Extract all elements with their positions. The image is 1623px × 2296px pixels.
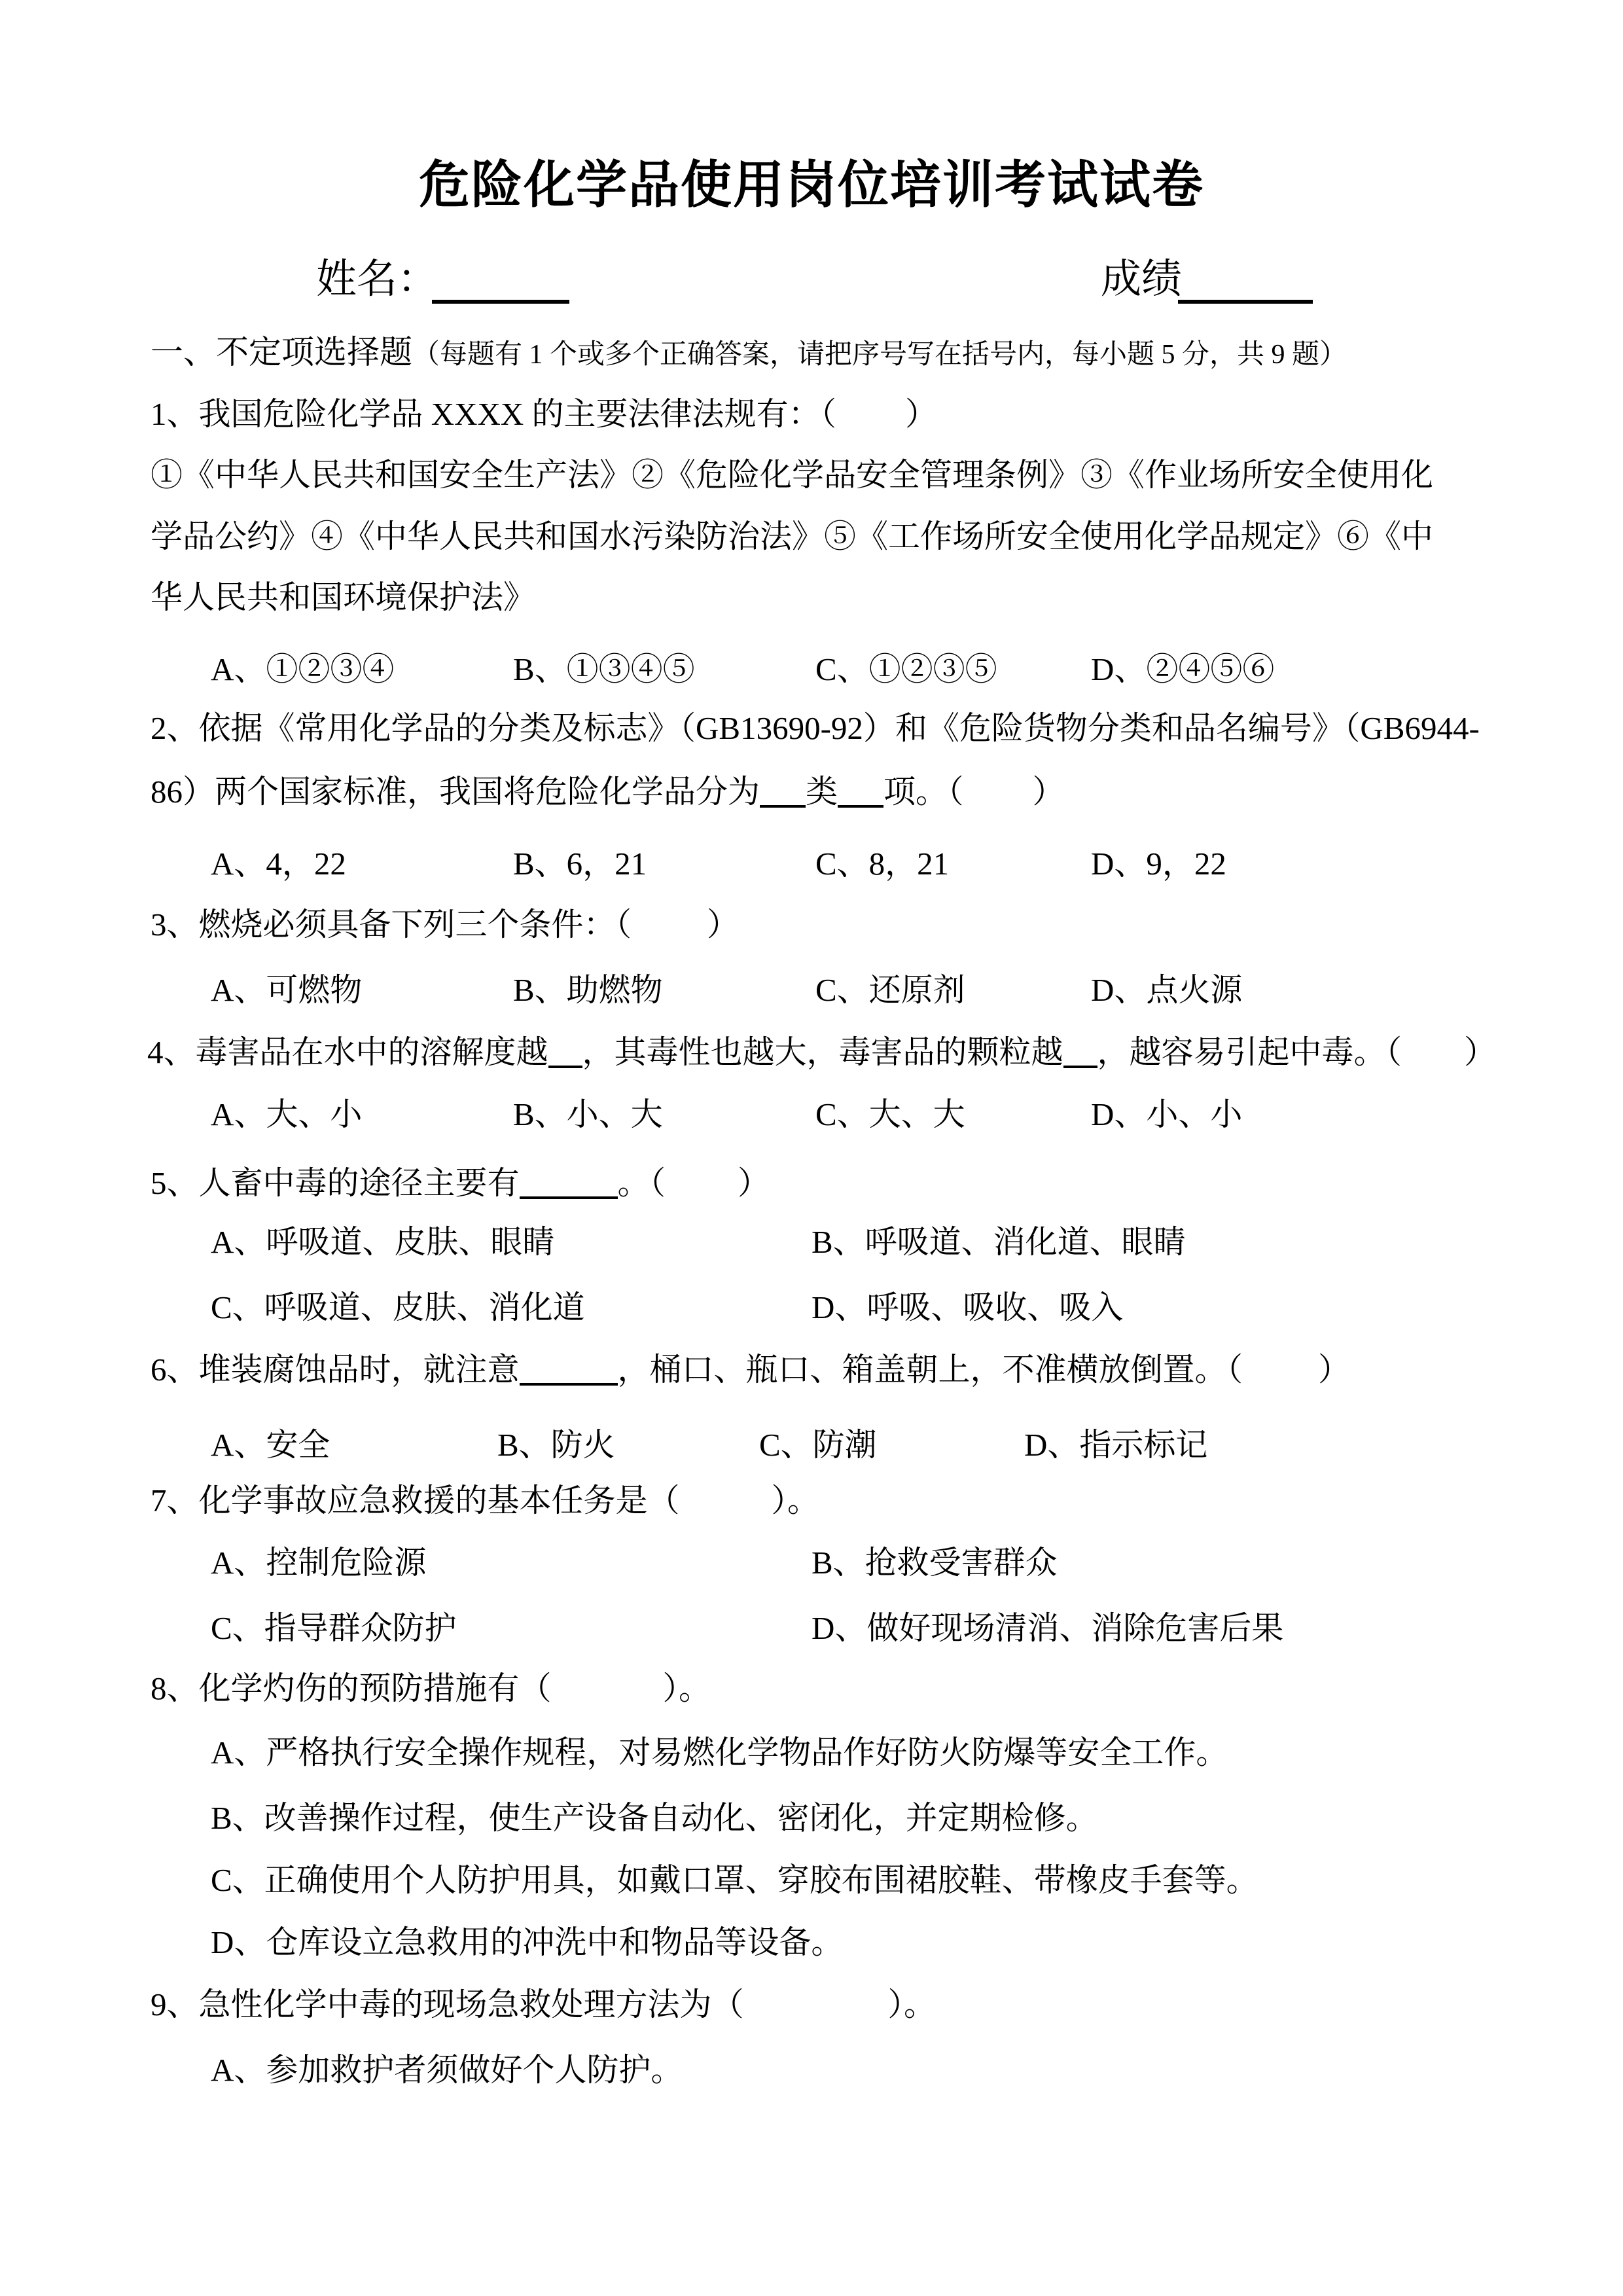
- q5-option-c: C、呼吸道、皮肤、消化道: [211, 1289, 585, 1326]
- name-label: 姓名：: [316, 257, 438, 303]
- answer-space: [1243, 1379, 1318, 1380]
- name-fill-line[interactable]: [432, 300, 569, 304]
- q2-option-d: D、9，22: [1091, 846, 1226, 882]
- question-6-stem: 6、堆装腐蚀品时，就注意，桶口、瓶口、箱盖朝上，不准横放倒置。（）: [151, 1352, 1350, 1388]
- answer-space: [744, 2014, 888, 2015]
- answer-space: [552, 1698, 663, 1699]
- fill-blank[interactable]: [520, 1170, 618, 1199]
- question-4-stem: 4、毒害品在水中的溶解度越，其毒性也越大，毒害品的颗粒越，越容易引起中毒。（）: [147, 1034, 1496, 1071]
- question-3-stem: 3、燃烧必须具备下列三个条件：（）: [151, 906, 739, 943]
- q3-option-a: A、可燃物: [211, 972, 362, 1009]
- fill-blank[interactable]: [1063, 1039, 1097, 1068]
- question-8-stem: 8、化学灼伤的预防措施有（）。: [151, 1670, 711, 1707]
- answer-space: [680, 1510, 772, 1511]
- answer-space: [632, 934, 707, 935]
- q8-option-b: B、改善操作过程，使生产设备自动化、密闭化，并定期检修。: [211, 1800, 1098, 1837]
- question-5-stem: 5、人畜中毒的途径主要有。（）: [151, 1165, 770, 1202]
- exam-title: 危险化学品使用岗位培训考试试卷: [0, 159, 1623, 210]
- answer-space: [964, 801, 1033, 802]
- question-1-body-line-2: ①《中华人民共和国安全生产法》②《危险化学品安全管理条例》③《作业场所安全使用化: [151, 457, 1433, 493]
- q2-option-b: B、6，21: [513, 846, 647, 882]
- q1-option-a: A、①②③④: [211, 651, 394, 688]
- score-label: 成绩: [1101, 257, 1182, 303]
- q6-option-d: D、指示标记: [1024, 1427, 1207, 1463]
- q2-option-c: C、8，21: [815, 846, 949, 882]
- score-fill-line[interactable]: [1178, 300, 1313, 304]
- q3-option-b: B、助燃物: [513, 972, 663, 1009]
- section-note: （每题有 1 个或多个正确答案，请把序号写在括号内，每小题 5 分，共 9 题）: [412, 340, 1347, 370]
- answer-space: [836, 423, 905, 425]
- fill-blank[interactable]: [520, 1357, 618, 1386]
- q3-option-d: D、点火源: [1091, 972, 1242, 1009]
- q5-option-a: A、呼吸道、皮肤、眼睛: [211, 1224, 554, 1261]
- q1-option-d: D、②④⑤⑥: [1091, 651, 1274, 688]
- q9-option-a: A、参加救护者须做好个人防护。: [211, 2052, 683, 2089]
- q8-option-d: D、仓库设立急救用的冲洗中和物品等设备。: [211, 1924, 843, 1961]
- question-2-stem-line-1: 2、依据《常用化学品的分类及标志》（GB13690-92）和《危险货物分类和品名…: [151, 710, 1480, 747]
- q7-option-b: B、抢救受害群众: [811, 1545, 1058, 1581]
- q5-option-b: B、呼吸道、消化道、眼睛: [811, 1224, 1186, 1261]
- q7-option-c: C、指导群众防护: [211, 1610, 457, 1647]
- q5-option-d: D、呼吸、吸收、吸入: [811, 1289, 1123, 1326]
- question-7-stem: 7、化学事故应急救援的基本任务是（）。: [151, 1482, 819, 1519]
- q1-option-b: B、①③④⑤: [513, 651, 695, 688]
- answer-space: [1402, 1062, 1464, 1063]
- q4-option-a: A、大、小: [211, 1096, 362, 1133]
- q8-option-a: A、严格执行安全操作规程，对易燃化学物品作好防火防爆等安全工作。: [211, 1734, 1228, 1771]
- q7-option-a: A、控制危险源: [211, 1545, 426, 1581]
- q3-option-c: C、还原剂: [815, 972, 965, 1009]
- q4-option-b: B、小、大: [513, 1096, 663, 1133]
- q1-option-c: C、①②③⑤: [815, 651, 997, 688]
- question-1-stem: 1、我国危险化学品 XXXX 的主要法律法规有：（）: [151, 396, 937, 433]
- section-lead: 一、不定项选择题: [151, 334, 412, 370]
- question-1-body-line-3: 学品公约》④《中华人民共和国水污染防治法》⑤《工作场所安全使用化学品规定》⑥《中: [151, 518, 1433, 555]
- fill-blank[interactable]: [838, 779, 883, 808]
- q2-option-a: A、4，22: [211, 846, 346, 882]
- q8-option-c: C、正确使用个人防护用具，如戴口罩、穿胶布围裙胶鞋、带橡皮手套等。: [211, 1862, 1258, 1899]
- section-header: 一、不定项选择题（每题有 1 个或多个正确答案，请把序号写在括号内，每小题 5 …: [151, 334, 1347, 372]
- question-9-stem: 9、急性化学中毒的现场急救处理方法为（）。: [151, 1986, 936, 2023]
- exam-page: 危险化学品使用岗位培训考试试卷 姓名： 成绩 一、不定项选择题（每题有 1 个或…: [0, 0, 1623, 2296]
- q4-option-c: C、大、大: [815, 1096, 965, 1133]
- q7-option-d: D、做好现场清消、消除危害后果: [811, 1610, 1283, 1647]
- q6-option-a: A、安全: [211, 1427, 330, 1463]
- question-1-body-line-4: 华人民共和国环境保护法》: [151, 579, 535, 616]
- fill-blank[interactable]: [548, 1039, 582, 1068]
- fill-blank[interactable]: [760, 779, 806, 808]
- answer-space: [666, 1193, 738, 1194]
- q4-option-d: D、小、小: [1091, 1096, 1242, 1133]
- question-2-stem-line-2: 86）两个国家标准，我国将危险化学品分为类项。（）: [151, 774, 1065, 810]
- q6-option-c: C、防潮: [759, 1427, 877, 1463]
- q6-option-b: B、防火: [497, 1427, 615, 1463]
